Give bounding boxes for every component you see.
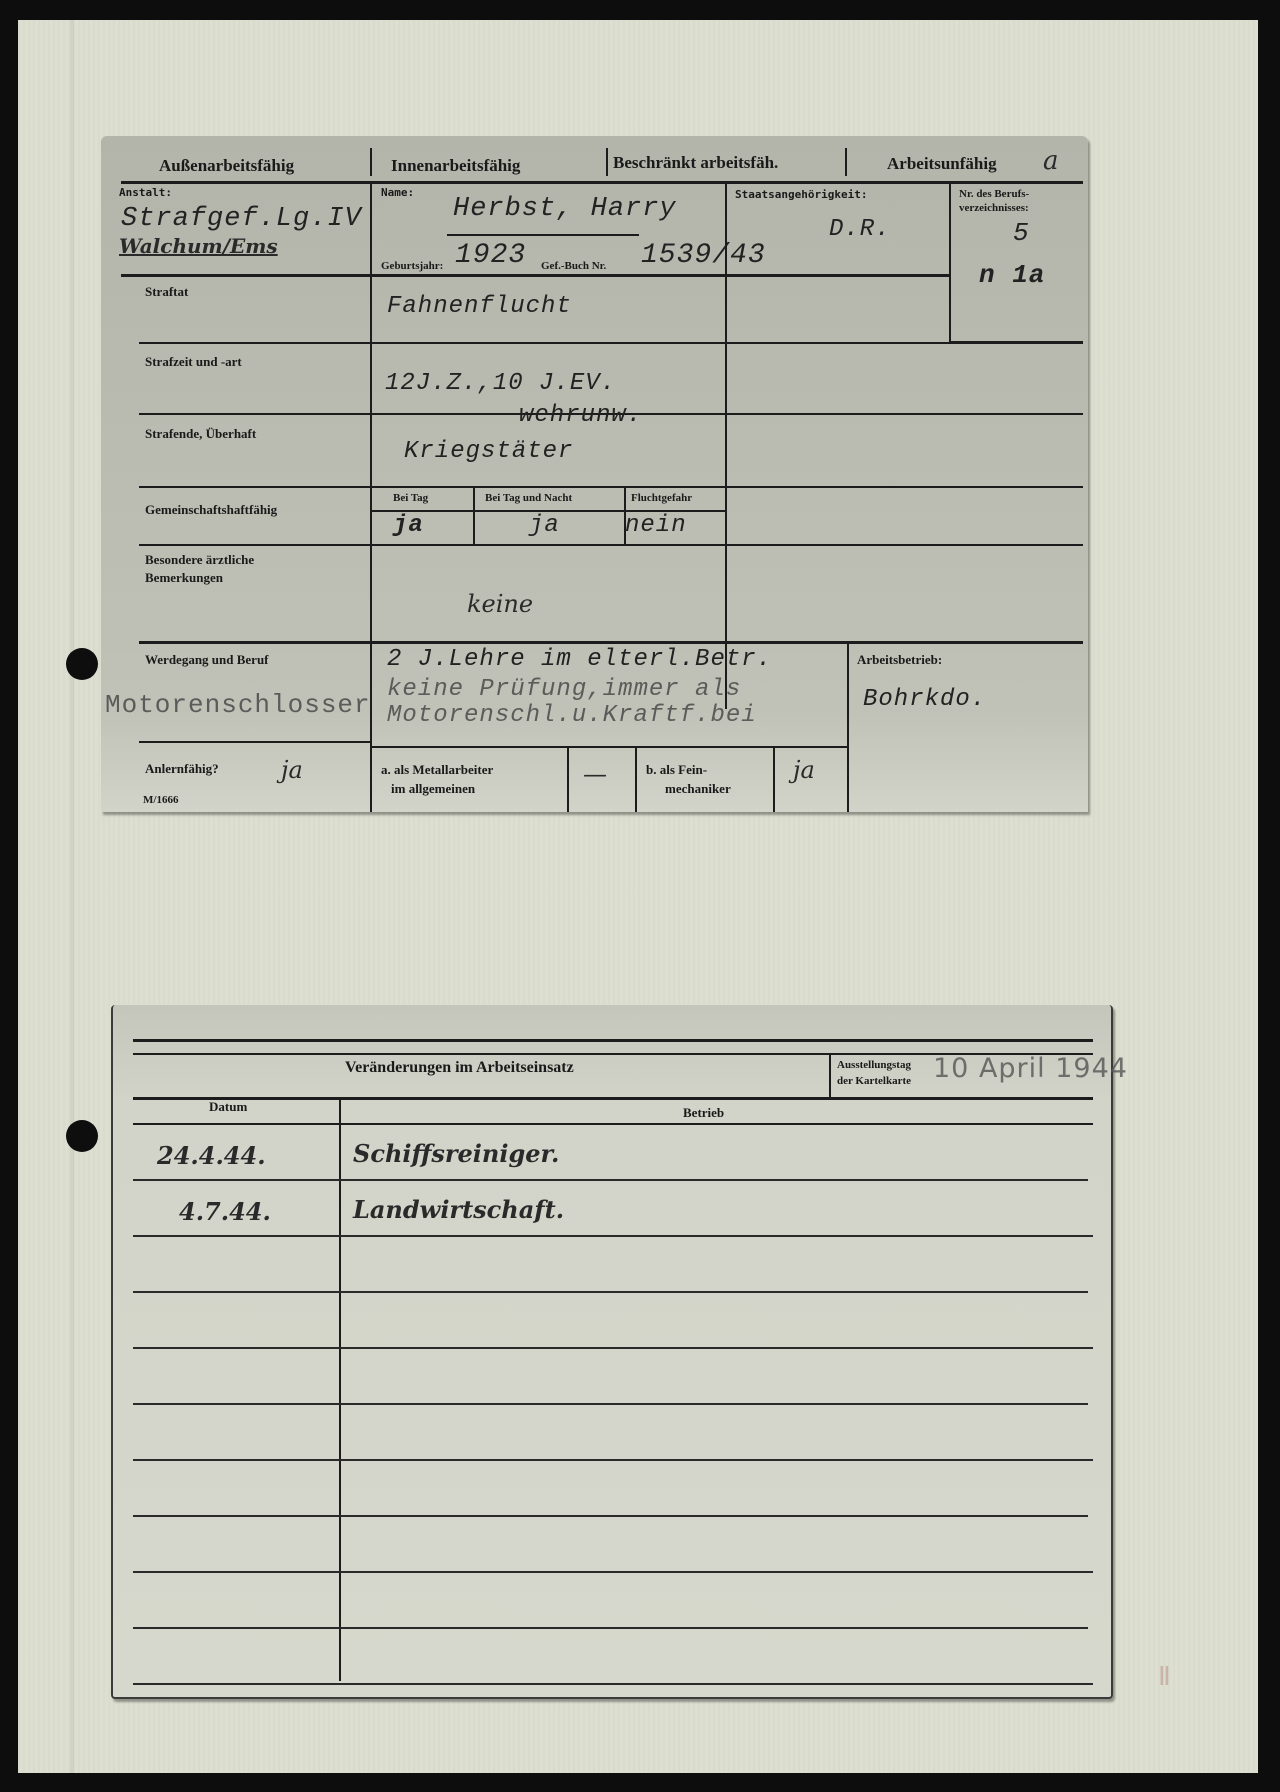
- feinmechaniker-label-2: mechaniker: [665, 781, 731, 797]
- page-fold-line: [70, 20, 74, 1773]
- rule: [139, 641, 1083, 644]
- straftat-value: Fahnenflucht: [387, 293, 572, 320]
- arbeitsunfaehig-mark: a: [1043, 146, 1059, 176]
- werdegang-line-3: Motorenschl.u.Kraftf.bei: [387, 702, 757, 729]
- changes-title: Veränderungen im Arbeitseinsatz: [345, 1059, 574, 1077]
- column-header-datum: Datum: [209, 1099, 247, 1115]
- row-rule: [133, 1515, 1088, 1517]
- geburtsjahr-value: 1923: [455, 240, 526, 271]
- arbeitsbetrieb-label: Arbeitsbetrieb:: [857, 652, 942, 668]
- geburtsjahr-label: Geburtsjahr:: [381, 260, 443, 272]
- rule: [133, 1123, 1093, 1125]
- rule: [139, 741, 371, 743]
- rule: [133, 1053, 1093, 1055]
- anstalt-line2: Walchum/Ems: [119, 234, 278, 258]
- strafende-label: Strafende, Überhaft: [145, 426, 256, 442]
- entry-datum: 24.4.44.: [157, 1141, 266, 1170]
- berufsverzeichnis-value-2: n 1a: [979, 260, 1045, 290]
- column-divider: [339, 1099, 341, 1681]
- gefbuch-value: 1539/43: [641, 240, 766, 271]
- row-rule: [133, 1683, 1093, 1685]
- faint-stamp-mark: Ⅱ: [1158, 1662, 1171, 1692]
- name-value: Herbst, Harry: [453, 194, 677, 224]
- rule: [133, 1039, 1093, 1042]
- index-card-back: Veränderungen im Arbeitseinsatz Ausstell…: [111, 1005, 1113, 1699]
- berufsverzeichnis-label-2: verzeichnisses:: [959, 202, 1029, 214]
- anstalt-line1: Strafgef.Lg.IV: [121, 204, 362, 234]
- werdegang-line-2: keine Prüfung,immer als: [387, 676, 741, 703]
- bei-tag-value: ja: [393, 512, 424, 539]
- divider: [635, 748, 637, 812]
- ausstellungstag-label-1: Ausstellungstag: [837, 1059, 911, 1071]
- ausstellungstag-label-2: der Kartelkarte: [837, 1075, 911, 1087]
- divider: [567, 748, 569, 812]
- gefbuch-label: Gef.-Buch Nr.: [541, 260, 606, 272]
- werdegang-line-1: 2 J.Lehre im elterl.Betr.: [387, 646, 772, 673]
- entry-betrieb: Landwirtschaft.: [353, 1195, 564, 1224]
- divider: [773, 748, 775, 812]
- tag-und-nacht-value: ja: [529, 512, 560, 539]
- name-underline: [447, 234, 639, 236]
- row-rule: [133, 1235, 1093, 1237]
- divider: [829, 1053, 831, 1097]
- rule: [139, 544, 1083, 546]
- arbeitsbetrieb-value: Bohrkdo.: [863, 686, 986, 713]
- punch-hole-bottom: [66, 1120, 98, 1152]
- row-rule: [133, 1179, 1088, 1181]
- anlernfaehig-value: ja: [281, 756, 303, 784]
- metallarbeiter-label-1: a. als Metallarbeiter: [381, 762, 493, 778]
- straftat-label: Straftat: [145, 284, 188, 300]
- staatsangehoerigkeit-value: D.R.: [829, 216, 891, 243]
- berufsverzeichnis-label-1: Nr. des Berufs-: [959, 188, 1029, 200]
- header-aussenarbeitsfaehig: Außenarbeitsfähig: [159, 156, 294, 176]
- strafzeit-note: wehrunw.: [519, 402, 642, 429]
- header-innenarbeitsfaehig: Innenarbeitsfähig: [391, 156, 520, 176]
- feinmechaniker-value: ja: [793, 756, 815, 784]
- feinmechaniker-label-1: b. als Fein-: [646, 762, 707, 778]
- punch-hole-top: [66, 648, 98, 680]
- row-rule: [133, 1291, 1088, 1293]
- anlernfaehig-label: Anlernfähig?: [145, 761, 219, 777]
- fluchtgefahr-label: Fluchtgefahr: [631, 492, 692, 504]
- ausstellungstag-stamp: 10 April 1944: [933, 1053, 1128, 1084]
- entry-datum: 4.7.44.: [179, 1197, 271, 1226]
- werdegang-label: Werdegang und Beruf: [145, 652, 269, 668]
- strafzeit-value: 12J.Z.,10 J.EV.: [385, 370, 616, 397]
- divider: [473, 488, 475, 544]
- rule: [121, 274, 949, 277]
- divider: [606, 148, 608, 176]
- staatsangehoerigkeit-label: Staatsangehörigkeit:: [735, 188, 867, 201]
- tag-und-nacht-label: Bei Tag und Nacht: [485, 492, 572, 504]
- row-rule: [133, 1347, 1093, 1349]
- name-label: Name:: [381, 186, 414, 199]
- rule: [139, 342, 1083, 344]
- metallarbeiter-value: —: [583, 760, 607, 788]
- form-number: M/1666: [143, 794, 178, 806]
- aerztliche-label-2: Bemerkungen: [145, 570, 223, 586]
- strafzeit-label: Strafzeit und -art: [145, 354, 242, 370]
- aerztliche-value: keine: [467, 590, 533, 618]
- berufsverzeichnis-value-1: 5: [1013, 218, 1030, 248]
- entry-betrieb: Schiffsreiniger.: [353, 1139, 559, 1168]
- werdegang-beruf: Motorenschlosser: [105, 690, 371, 720]
- aerztliche-label-1: Besondere ärztliche: [145, 552, 254, 568]
- index-card-front: Außenarbeitsfähig Innenarbeitsfähig Besc…: [101, 136, 1088, 812]
- header-beschraenkt: Beschränkt arbeitsfäh.: [613, 153, 778, 173]
- divider: [847, 641, 849, 812]
- metallarbeiter-label-2: im allgemeinen: [391, 781, 475, 797]
- strafende-value: Kriegstäter: [404, 438, 573, 465]
- fluchtgefahr-value: nein: [625, 512, 687, 539]
- row-rule: [133, 1403, 1088, 1405]
- divider: [370, 181, 372, 709]
- divider: [370, 709, 372, 812]
- divider: [725, 181, 727, 709]
- rule: [371, 746, 847, 748]
- rule: [121, 181, 1083, 184]
- row-rule: [133, 1571, 1093, 1573]
- column-header-betrieb: Betrieb: [683, 1105, 724, 1121]
- gemeinschaftshaft-label: Gemeinschaftshaftfähig: [145, 502, 277, 518]
- divider: [845, 148, 847, 176]
- divider: [949, 181, 951, 343]
- bei-tag-label: Bei Tag: [393, 492, 428, 504]
- header-arbeitsunfaehig: Arbeitsunfähig: [887, 154, 997, 174]
- rule: [133, 1097, 1093, 1100]
- row-rule: [133, 1627, 1088, 1629]
- row-rule: [133, 1459, 1093, 1461]
- anstalt-label: Anstalt:: [119, 186, 172, 199]
- divider: [370, 148, 372, 176]
- rule: [139, 486, 1083, 488]
